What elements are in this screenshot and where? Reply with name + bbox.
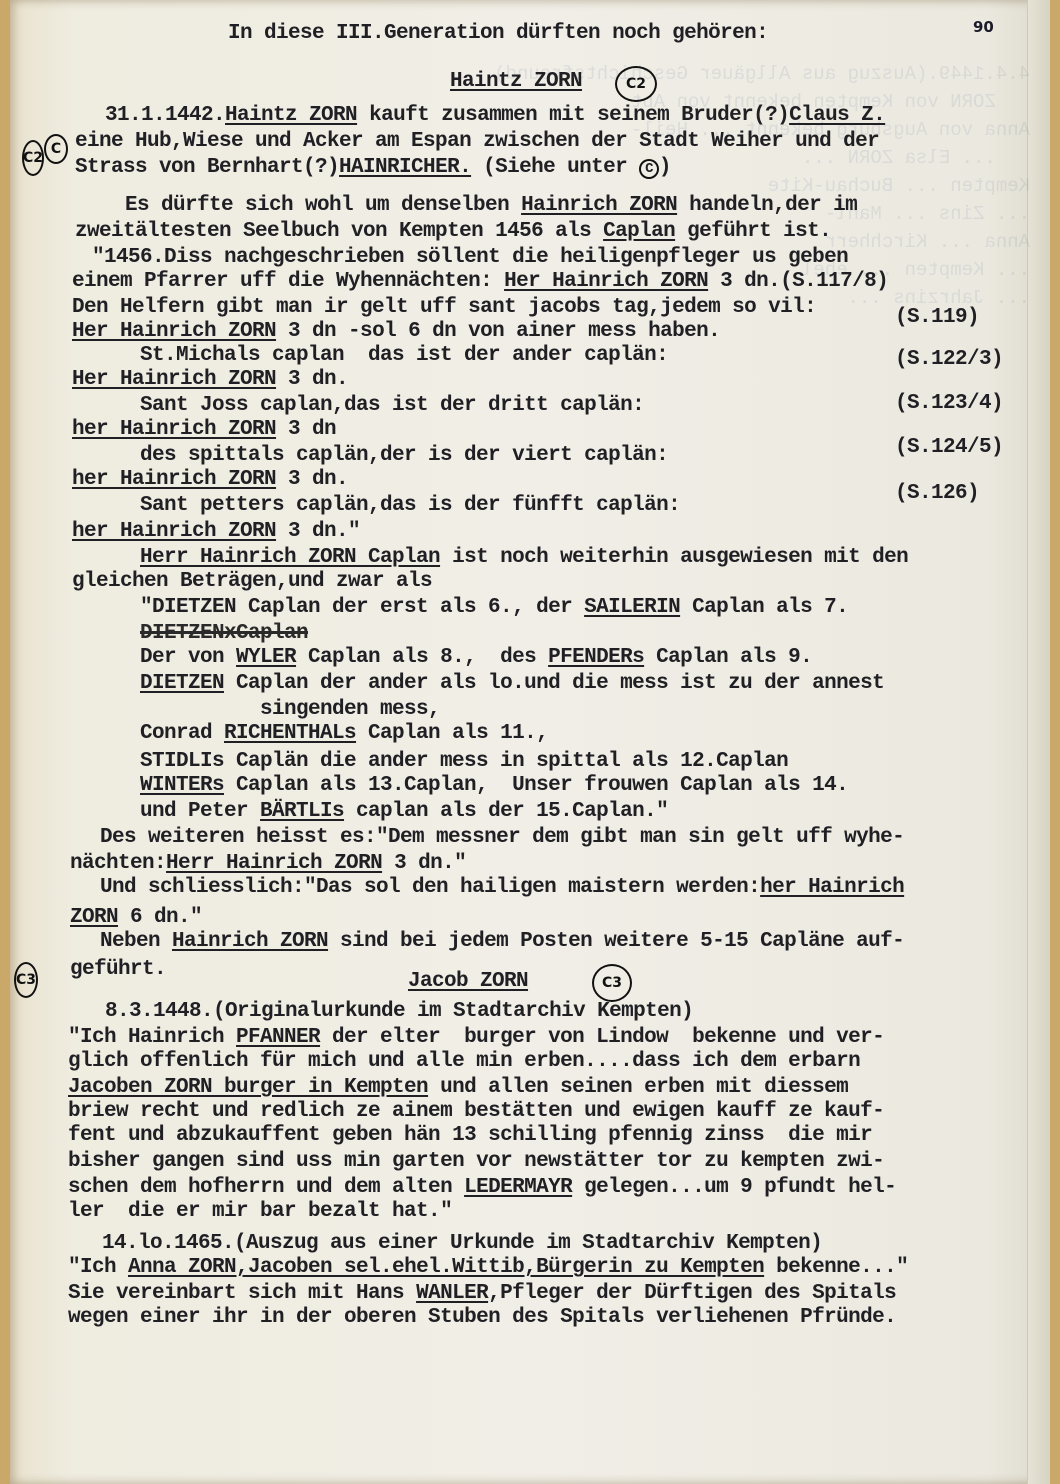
- underlined-name: Caplan: [603, 220, 675, 243]
- text-run: 3 dn: [276, 418, 336, 441]
- text-line: gleichen Beträgen,und zwar als: [72, 570, 432, 594]
- margin-mark-c2: C2: [22, 140, 44, 176]
- underlined-name: Herr Hainrich ZORN Caplan: [140, 546, 440, 569]
- text-run: Und schliesslich:"Das sol den hailigen m…: [100, 876, 760, 899]
- text-line: wegen einer ihr in der oberen Stuben des…: [68, 1306, 896, 1330]
- text-run: ist noch weiterhin ausgewiesen mit den: [440, 546, 908, 569]
- text-run: singenden mess,: [260, 698, 440, 721]
- underlined-name: PFENDERs: [548, 646, 644, 669]
- text-run: STIDLIs Caplän die ander mess in spittal…: [140, 750, 788, 773]
- text-line: Sie vereinbart sich mit Hans WANLER,Pfle…: [68, 1282, 896, 1306]
- text-line: glich offenlich für mich und alle min er…: [68, 1050, 860, 1074]
- text-line: 14.lo.1465.(Auszug aus einer Urkunde im …: [102, 1232, 822, 1256]
- text-run: Conrad: [140, 722, 224, 745]
- text-run: kauft zusammen mit seinem Bruder(?): [357, 104, 789, 127]
- text-line: Es dürfte sich wohl um denselben Hainric…: [125, 194, 857, 218]
- margin-mark-c3: C3: [14, 962, 38, 998]
- text-line: Und schliesslich:"Das sol den hailigen m…: [100, 876, 904, 900]
- text-line: Conrad RICHENTHALs Caplan als 11.,: [140, 722, 548, 746]
- text-run: wegen einer ihr in der oberen Stuben des…: [68, 1306, 896, 1329]
- underlined-name: WINTERs: [140, 774, 224, 797]
- text-run: eine Hub,Wiese und Acker am Espan zwisch…: [75, 130, 879, 153]
- text-line: Her Hainrich ZORN 3 dn -sol 6 dn von ain…: [72, 320, 720, 344]
- text-run: schen dem hofherrn und dem alten: [68, 1176, 464, 1199]
- text-run: glich offenlich für mich und alle min er…: [68, 1050, 860, 1073]
- text-run: "1456.Diss nachgeschrieben söllent die h…: [92, 246, 848, 269]
- page-reference: (S.122/3): [895, 348, 1003, 372]
- underlined-name: Anna ZORN,Jacoben sel.ehel.Wittib,Bürger…: [128, 1256, 764, 1279]
- underlined-name: PFANNER: [236, 1026, 320, 1049]
- text-line: Strass von Bernhart(?)HAINRICHER. (Siehe…: [75, 156, 671, 181]
- text-run: Caplan als 9.: [644, 646, 812, 669]
- text-run: und allen seinen erben mit diessem: [428, 1076, 848, 1099]
- text-run: Caplan als 7.: [680, 596, 848, 619]
- text-run: Neben: [100, 930, 172, 953]
- text-run: einem Pfarrer uff die Wyhennächten:: [72, 270, 504, 293]
- underlined-name: Her Hainrich ZORN: [72, 320, 276, 343]
- text-line: einem Pfarrer uff die Wyhennächten: Her …: [72, 270, 888, 294]
- text-line: schen dem hofherrn und dem alten LEDERMA…: [68, 1176, 896, 1200]
- underlined-name: WYLER: [236, 646, 296, 669]
- text-run: Den Helfern gibt man ir gelt uff sant ja…: [72, 296, 816, 319]
- underlined-name: LEDERMAYR: [464, 1176, 572, 1199]
- text-run: "Ich Hainrich: [68, 1026, 236, 1049]
- text-line: "Ich Hainrich PFANNER der elter burger v…: [68, 1026, 884, 1050]
- underlined-name: Haintz ZORN: [225, 104, 357, 127]
- text-run: Caplan als 8., des: [296, 646, 548, 669]
- section-title: Haintz ZORN: [450, 70, 582, 94]
- underlined-name: Hainrich ZORN: [521, 194, 677, 217]
- text-line: briew recht und redlich ze ainem bestätt…: [68, 1100, 884, 1124]
- page-edge: [1027, 0, 1050, 1484]
- text-run: nächten:: [70, 852, 166, 875]
- underlined-name: her Hainrich ZORN: [72, 520, 276, 543]
- page-reference: (S.126): [895, 482, 979, 506]
- struck-text: DIETZENxCaplan: [140, 622, 308, 645]
- text-line: STIDLIs Caplän die ander mess in spittal…: [140, 750, 788, 774]
- c3-badge: C3: [592, 964, 632, 1002]
- text-line: zweitältesten Seelbuch von Kempten 1456 …: [75, 220, 831, 244]
- page-reference: (S.124/5): [895, 436, 1003, 460]
- text-run: 8.3.1448.(Originalurkunde im Stadtarchiv…: [105, 1000, 693, 1023]
- text-line: nächten:Herr Hainrich ZORN 3 dn.": [70, 852, 466, 876]
- text-run: bekenne...": [764, 1256, 908, 1279]
- underlined-name: her Hainrich ZORN: [72, 418, 276, 441]
- text-line: WINTERs Caplan als 13.Caplan, Unser frou…: [140, 774, 848, 798]
- text-run: bisher gangen sind uss min garten vor ne…: [68, 1150, 884, 1173]
- text-line: St.Michals caplan das ist der ander capl…: [140, 344, 668, 368]
- text-run: sind bei jedem Posten weitere 5-15 Caplä…: [328, 930, 904, 953]
- page-reference: (S.119): [895, 306, 979, 330]
- text-run: 14.lo.1465.(Auszug aus einer Urkunde im …: [102, 1232, 822, 1255]
- page-number: 90: [973, 18, 994, 36]
- text-line: Jacoben ZORN burger in Kempten und allen…: [68, 1076, 848, 1100]
- underlined-name: Her Hainrich ZORN: [72, 368, 276, 391]
- text-line: her Hainrich ZORN 3 dn.: [72, 468, 348, 492]
- underlined-name: HAINRICHER.: [339, 156, 471, 179]
- text-run: ,Pfleger der Dürftigen des Spitals: [488, 1282, 896, 1305]
- section-title: Jacob ZORN: [408, 970, 528, 994]
- text-run: Caplan als 11.,: [356, 722, 548, 745]
- text-run: 3 dn -sol 6 dn von ainer mess haben.: [276, 320, 720, 343]
- text-run: der elter burger von Lindow bekenne und …: [320, 1026, 884, 1049]
- text-run: Sie vereinbart sich mit Hans: [68, 1282, 416, 1305]
- underlined-name: WANLER: [416, 1282, 488, 1305]
- margin-mark-c: C: [44, 134, 68, 164]
- text-run: 3 dn.: [276, 468, 348, 491]
- text-run: 3 dn.": [276, 520, 360, 543]
- text-line: Des weiteren heisst es:"Dem messner dem …: [100, 826, 904, 850]
- text-line: Herr Hainrich ZORN Caplan ist noch weite…: [140, 546, 908, 570]
- text-run: briew recht und redlich ze ainem bestätt…: [68, 1100, 884, 1123]
- page-reference: (S.123/4): [895, 392, 1003, 416]
- text-line: bisher gangen sind uss min garten vor ne…: [68, 1150, 884, 1174]
- text-run: fent und abzukauffent geben hän 13 schil…: [68, 1124, 872, 1147]
- text-run: Sant Joss caplan,das ist der dritt caplä…: [140, 394, 644, 417]
- text-line: "Ich Anna ZORN,Jacoben sel.ehel.Wittib,B…: [68, 1256, 908, 1280]
- text-line: "DIETZEN Caplan der erst als 6., der SAI…: [140, 596, 848, 620]
- document-page: 4.4.1449.(Auszug aus Allgäuer Geschichts…: [10, 0, 1050, 1484]
- text-line: Sant petters caplän,das is der fünfft ca…: [140, 494, 680, 518]
- text-run: Des weiteren heisst es:"Dem messner dem …: [100, 826, 904, 849]
- text-line: Neben Hainrich ZORN sind bei jedem Poste…: [100, 930, 904, 954]
- text-run: ): [659, 156, 671, 179]
- text-line: 31.1.1442.Haintz ZORN kauft zusammen mit…: [105, 104, 885, 128]
- text-run: Caplan als 13.Caplan, Unser frouwen Capl…: [224, 774, 848, 797]
- page-heading: In diese III.Generation dürften noch geh…: [228, 22, 768, 46]
- section-title-text: Jacob ZORN: [408, 970, 528, 993]
- text-run: handeln,der im: [677, 194, 857, 217]
- text-line: Der von WYLER Caplan als 8., des PFENDER…: [140, 646, 812, 670]
- text-run: 31.1.1442.: [105, 104, 225, 127]
- text-run: Caplan der ander als lo.und die mess ist…: [224, 672, 884, 695]
- text-run: 6 dn.": [118, 906, 202, 929]
- underlined-name: Her Hainrich ZORN: [504, 270, 708, 293]
- text-line: Den Helfern gibt man ir gelt uff sant ja…: [72, 296, 816, 320]
- underlined-name: DIETZEN: [140, 672, 224, 695]
- text-run: Sant petters caplän,das is der fünfft ca…: [140, 494, 680, 517]
- text-line: singenden mess,: [260, 698, 440, 722]
- text-run: 3 dn.(S.117/8): [708, 270, 888, 293]
- text-run: geführt.: [70, 958, 166, 981]
- underlined-name: her Hainrich: [760, 876, 904, 899]
- text-run: und Peter: [140, 800, 260, 823]
- text-run: Der von: [140, 646, 236, 669]
- text-run: 3 dn.": [382, 852, 466, 875]
- text-line: geführt.: [70, 958, 166, 982]
- underlined-name: ZORN: [70, 906, 118, 929]
- text-line: her Hainrich ZORN 3 dn: [72, 418, 336, 442]
- underlined-name: SAILERIN: [584, 596, 680, 619]
- underlined-name: Claus Z.: [789, 104, 885, 127]
- text-line: DIETZEN Caplan der ander als lo.und die …: [140, 672, 884, 696]
- text-run: des spittals caplän,der is der viert cap…: [140, 444, 668, 467]
- text-line: Her Hainrich ZORN 3 dn.: [72, 368, 348, 392]
- text-run: geführt ist.: [675, 220, 831, 243]
- underlined-name: BÄRTLIs: [260, 800, 344, 823]
- text-run: ler die er mir bar bezalt hat.": [68, 1200, 452, 1223]
- text-run: "Ich: [68, 1256, 128, 1279]
- text-run: Strass von Bernhart(?): [75, 156, 339, 179]
- text-line: ZORN 6 dn.": [70, 906, 202, 930]
- text-line: fent und abzukauffent geben hän 13 schil…: [68, 1124, 872, 1148]
- reference-badge: C: [639, 159, 659, 179]
- underlined-name: Hainrich ZORN: [172, 930, 328, 953]
- text-line: Sant Joss caplan,das ist der dritt caplä…: [140, 394, 644, 418]
- underlined-name: RICHENTHALs: [224, 722, 356, 745]
- text-line: ler die er mir bar bezalt hat.": [68, 1200, 452, 1224]
- text-run: St.Michals caplan das ist der ander capl…: [140, 344, 668, 367]
- text-run: Es dürfte sich wohl um denselben: [125, 194, 521, 217]
- text-line: und Peter BÄRTLIs caplan als der 15.Capl…: [140, 800, 668, 824]
- text-run: "DIETZEN Caplan der erst als 6., der: [140, 596, 584, 619]
- underlined-name: her Hainrich ZORN: [72, 468, 276, 491]
- text-line: 8.3.1448.(Originalurkunde im Stadtarchiv…: [105, 1000, 693, 1024]
- text-run: zweitältesten Seelbuch von Kempten 1456 …: [75, 220, 603, 243]
- text-run: caplan als der 15.Caplan.": [344, 800, 668, 823]
- text-line: eine Hub,Wiese und Acker am Espan zwisch…: [75, 130, 879, 154]
- text-run: gleichen Beträgen,und zwar als: [72, 570, 432, 593]
- text-run: (Siehe unter: [471, 156, 639, 179]
- text-run: 3 dn.: [276, 368, 348, 391]
- text-line: DIETZENxCaplan: [140, 622, 308, 646]
- section-title-text: Haintz ZORN: [450, 70, 582, 93]
- text-line: "1456.Diss nachgeschrieben söllent die h…: [92, 246, 848, 270]
- underlined-name: Herr Hainrich ZORN: [166, 852, 382, 875]
- text-line: her Hainrich ZORN 3 dn.": [72, 520, 360, 544]
- underlined-name: Jacoben ZORN burger in Kempten: [68, 1076, 428, 1099]
- text-line: des spittals caplän,der is der viert cap…: [140, 444, 668, 468]
- c2-badge: C2: [615, 66, 657, 102]
- text-run: gelegen...um 9 pfundt hel-: [572, 1176, 896, 1199]
